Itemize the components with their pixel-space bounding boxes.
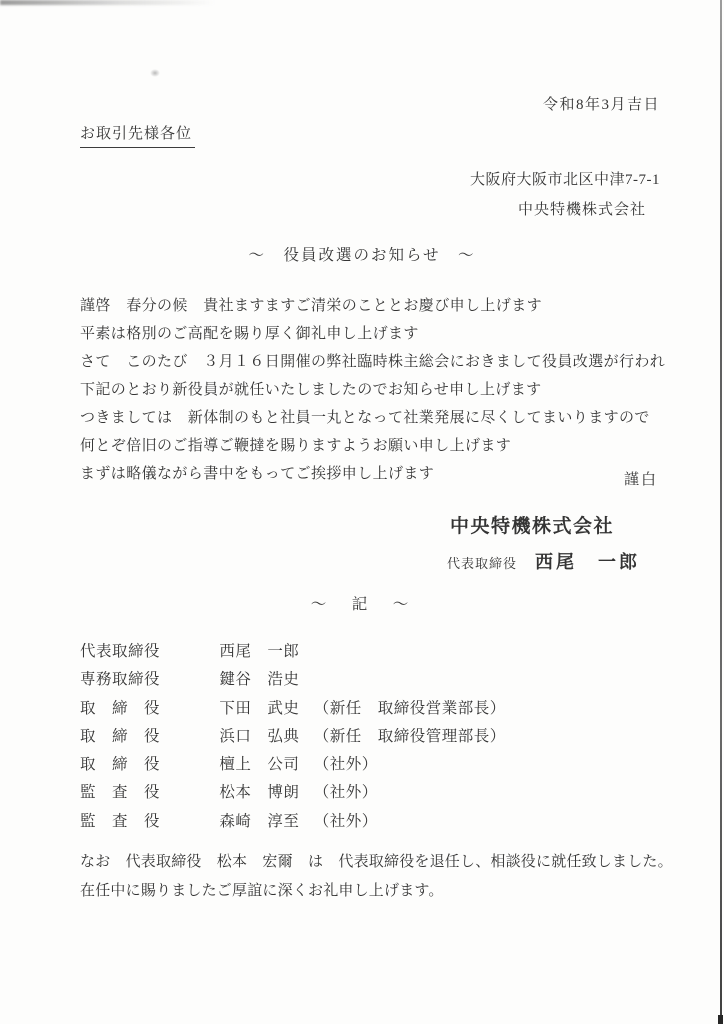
postscript-line: 在任中に賜りましたご厚誼に深くお礼申し上げます。 [80, 877, 673, 906]
officer-row: 代表取締役 西尾 一郎 [80, 638, 506, 666]
officer-row: 監 査 役 松本 博朗 （社外） [80, 779, 506, 807]
officer-note: （社外） [314, 779, 378, 807]
officer-name: 松本 博朗 [219, 779, 309, 807]
officer-title: 代表取締役 [80, 638, 215, 666]
officer-name: 浜口 弘典 [219, 723, 309, 751]
officer-list: 代表取締役 西尾 一郎 専務取締役 鍵谷 浩史 取 締 役 下田 武史 （新任 … [80, 638, 506, 836]
officer-title: 取 締 役 [80, 723, 215, 751]
officer-name: 森崎 淳至 [219, 808, 309, 836]
officer-row: 専務取締役 鍵谷 浩史 [80, 666, 506, 694]
officer-name: 下田 武史 [219, 695, 309, 723]
body-line: 下記のとおり新役員が就任いたしましたのでお知らせ申し上げます [80, 376, 685, 404]
recipient-line: お取引先様各位 [80, 122, 195, 148]
letter-title: 〜 役員改選のお知らせ 〜 [0, 243, 724, 265]
signature-company: 中央特機株式会社 [450, 511, 614, 538]
record-heading: 〜 記 〜 [0, 592, 724, 614]
officer-note: （新任 取締役営業部長） [314, 695, 506, 723]
officer-name: 西尾 一郎 [219, 638, 309, 666]
officer-title: 専務取締役 [80, 666, 215, 694]
body-line: つきましては 新体制のもと社員一丸となって社業発展に尽くしてまいりますので [80, 404, 685, 432]
postscript: なお 代表取締役 松本 宏爾 は 代表取締役を退任し、相談役に就任致しました。 … [80, 848, 673, 905]
officer-row: 監 査 役 森崎 淳至 （社外） [80, 808, 506, 836]
scan-edge-line-right [720, 0, 722, 1024]
officer-row: 取 締 役 下田 武史 （新任 取締役営業部長） [80, 695, 506, 723]
signature-line: 代表取締役 西尾 一郎 [447, 548, 640, 574]
closing-word: 謹白 [624, 468, 658, 489]
officer-note: （社外） [314, 808, 378, 836]
postscript-line: なお 代表取締役 松本 宏爾 は 代表取締役を退任し、相談役に就任致しました。 [80, 848, 673, 877]
scanned-letter-page: 令和8年3月吉日 お取引先様各位 大阪府大阪市北区中津7-7-1 中央特機株式会… [0, 0, 724, 1024]
scan-speck [150, 69, 160, 77]
officer-title: 取 締 役 [80, 751, 215, 779]
signature-title: 代表取締役 [447, 556, 517, 571]
officer-row: 取 締 役 檀上 公司 （社外） [80, 751, 506, 779]
officer-note: （新任 取締役管理部長） [314, 723, 506, 751]
officer-row: 取 締 役 浜口 弘典 （新任 取締役管理部長） [80, 723, 506, 751]
officer-title: 取 締 役 [80, 695, 215, 723]
sender-address: 大阪府大阪市北区中津7-7-1 [470, 168, 660, 189]
scan-mark-bottom-right [718, 1015, 723, 1024]
officer-title: 監 査 役 [80, 779, 215, 807]
body-line: まずは略儀ながら書中をもってご挨拶申し上げます [80, 460, 685, 488]
officer-name: 檀上 公司 [219, 751, 309, 779]
signature-name: 西尾 一郎 [535, 552, 640, 572]
sender-company: 中央特機株式会社 [518, 198, 646, 219]
officer-note: （社外） [314, 751, 378, 779]
recipient-text: お取引先様各位 [80, 122, 195, 148]
scan-smudge-top-left [0, 0, 215, 5]
body-line: 何とぞ倍旧のご指導ご鞭撻を賜りますようお願い申し上げます [80, 432, 685, 460]
letter-date: 令和8年3月吉日 [543, 93, 660, 114]
officer-title: 監 査 役 [80, 808, 215, 836]
body-line: さて このたび ３月１６日開催の弊社臨時株主総会におきまして役員改選が行われ [80, 348, 685, 376]
body-line: 平素は格別のご高配を賜り厚く御礼申し上げます [80, 320, 685, 348]
officer-name: 鍵谷 浩史 [219, 666, 309, 694]
body-line: 謹啓 春分の候 貴社ますますご清栄のこととお慶び申し上げます [80, 292, 685, 320]
letter-body: 謹啓 春分の候 貴社ますますご清栄のこととお慶び申し上げます 平素は格別のご高配… [80, 292, 685, 488]
